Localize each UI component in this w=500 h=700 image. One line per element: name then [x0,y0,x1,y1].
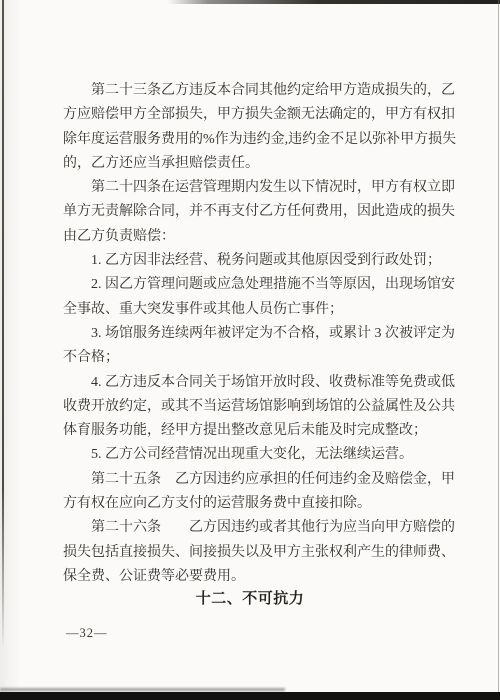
text-line: 由乙方负责赔偿： [63,225,459,249]
text-line: 不合格； [63,346,459,370]
scan-edge-top [168,0,500,4]
page-number: —32— [66,626,108,640]
scanned-document-page: 第二十三条乙方违反本合同其他约定给甲方造成损失的，乙 方应赔偿甲方全部损失，甲方… [0,0,500,700]
text-line: 保全费、公证费等必要费用。 [63,565,459,589]
scan-edge-left [2,0,4,650]
text-line: 的，乙方还应当承担赔偿责任。 [63,152,459,176]
text-line: 第二十三条乙方违反本合同其他约定给甲方造成损失的，乙 [63,79,459,103]
text-line: 单方无责解除合同，并不再支付乙方任何费用，因此造成的损失 [63,200,459,224]
text-line: 体育服务功能，经甲方提出整改意见后未能及时完成整改； [63,419,459,443]
text-line: 第二十四条在运营管理期内发生以下情况时，甲方有权立即 [63,176,459,200]
text-line: 2. 因乙方管理问题或应急处理措施不当等原因，出现场馆安 [63,273,459,297]
text-line: 全事故、重大突发事件或其他人员伤亡事件； [63,298,459,322]
text-line: 第二十六条 乙方因违约或者其他行为应当向甲方赔偿的 [63,516,459,540]
document-body: 第二十三条乙方违反本合同其他约定给甲方造成损失的，乙 方应赔偿甲方全部损失，甲方… [63,79,459,589]
text-line: 收费开放约定，或其不当运营场馆影响到场馆的公益属性及公共 [63,395,459,419]
text-line: 损失包括直接损失、间接损失以及甲方主张权利产生的律师费、 [63,541,459,565]
text-line: 除年度运营服务费用的%作为违约金,违约金不足以弥补甲方损失 [63,128,459,152]
text-line: 1. 乙方因非法经营、税务问题或其他原因受到行政处罚； [63,249,459,273]
section-heading: 十二、不可抗力 [0,587,500,608]
text-line: 3. 场馆服务连续两年被评定为不合格，或累计 3 次被评定为 [63,322,459,346]
text-line: 4. 乙方违反本合同关于场馆开放时段、收费标准等免费或低 [63,371,459,395]
scan-edge-bottom [0,692,500,700]
text-line: 方有权在应向乙方支付的运营服务费中直接扣除。 [63,492,459,516]
text-line: 5. 乙方公司经营情况出现重大变化，无法继续运营。 [63,443,459,467]
text-line: 第二十五条 乙方因违约应承担的任何违约金及赔偿金，甲 [63,468,459,492]
scan-smudge-bottom [0,688,285,691]
text-line: 方应赔偿甲方全部损失，甲方损失金额无法确定的，甲方有权扣 [63,103,459,127]
